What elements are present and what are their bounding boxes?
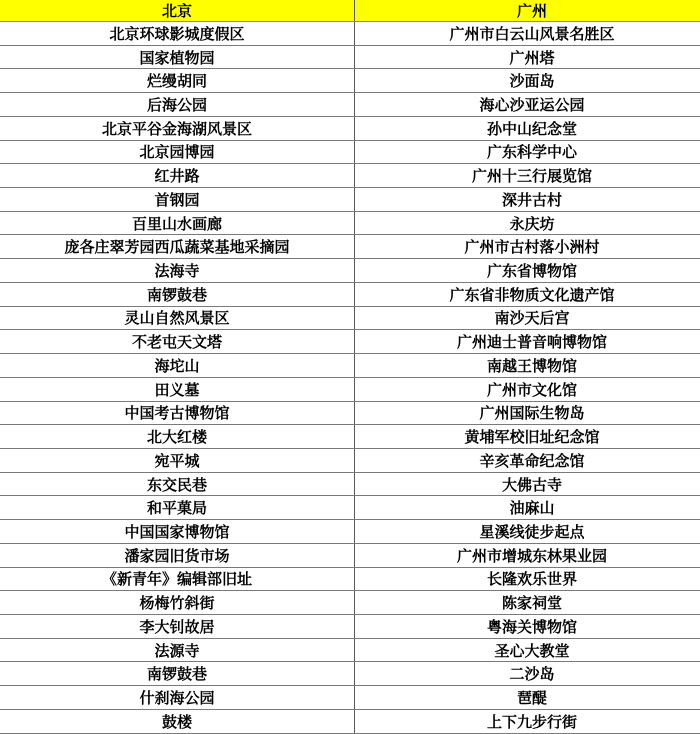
table-cell: 广州市增城东林果业园 <box>355 543 700 567</box>
table-cell: 琶醍 <box>355 686 700 710</box>
table-row: 什刹海公园琶醍 <box>0 686 700 710</box>
table-cell: 李大钊故居 <box>0 614 355 638</box>
table-row: 李大钊故居粤海关博物馆 <box>0 614 700 638</box>
table-cell: 庞各庄翠芳园西瓜蔬菜基地采摘园 <box>0 235 355 259</box>
header-row: 北京 广州 <box>0 0 700 22</box>
table-cell: 百里山水画廊 <box>0 211 355 235</box>
table-cell: 深井古村 <box>355 188 700 212</box>
table-cell: 海心沙亚运公园 <box>355 93 700 117</box>
table-row: 南锣鼓巷广东省非物质文化遗产馆 <box>0 282 700 306</box>
table-cell: 杨梅竹斜街 <box>0 591 355 615</box>
table-cell: 红井路 <box>0 164 355 188</box>
table-row: 百里山水画廊永庆坊 <box>0 211 700 235</box>
table-cell: 北京平谷金海湖风景区 <box>0 116 355 140</box>
table-cell: 广州市文化馆 <box>355 377 700 401</box>
table-cell: 星溪线徒步起点 <box>355 520 700 544</box>
table-row: 北京环球影城度假区广州市白云山风景名胜区 <box>0 22 700 46</box>
table-cell: 广州市白云山风景名胜区 <box>355 22 700 46</box>
table-row: 灵山自然风景区南沙天后宫 <box>0 306 700 330</box>
table-row: 法源寺圣心大教堂 <box>0 638 700 662</box>
table-row: 庞各庄翠芳园西瓜蔬菜基地采摘园广州市古村落小洲村 <box>0 235 700 259</box>
table-cell: 孙中山纪念堂 <box>355 116 700 140</box>
table-row: 法海寺广东省博物馆 <box>0 259 700 283</box>
table-cell: 二沙岛 <box>355 662 700 686</box>
table-cell: 鼓楼 <box>0 709 355 733</box>
table-row: 首钢园深井古村 <box>0 188 700 212</box>
city-attractions-table: 北京 广州 北京环球影城度假区广州市白云山风景名胜区国家植物园广州塔烂缦胡同沙面… <box>0 0 700 734</box>
table-cell: 广州十三行展览馆 <box>355 164 700 188</box>
table-cell: 南越王博物馆 <box>355 354 700 378</box>
table-cell: 黄埔军校旧址纪念馆 <box>355 425 700 449</box>
table-cell: 广东科学中心 <box>355 140 700 164</box>
table-row: 杨梅竹斜街陈家祠堂 <box>0 591 700 615</box>
table-row: 和平菓局油麻山 <box>0 496 700 520</box>
table-cell: 不老屯天文塔 <box>0 330 355 354</box>
table-row: 《新青年》编辑部旧址长隆欢乐世界 <box>0 567 700 591</box>
table-cell: 潘家园旧货市场 <box>0 543 355 567</box>
table-cell: 辛亥革命纪念馆 <box>355 448 700 472</box>
table-cell: 海坨山 <box>0 354 355 378</box>
table-row: 北大红楼黄埔军校旧址纪念馆 <box>0 425 700 449</box>
table-cell: 北京环球影城度假区 <box>0 22 355 46</box>
table-cell: 长隆欢乐世界 <box>355 567 700 591</box>
table-header: 北京 广州 <box>0 0 700 22</box>
table-cell: 和平菓局 <box>0 496 355 520</box>
table-row: 鼓楼上下九步行街 <box>0 709 700 733</box>
table-cell: 广东省博物馆 <box>355 259 700 283</box>
table-cell: 《新青年》编辑部旧址 <box>0 567 355 591</box>
header-cell-beijing: 北京 <box>0 0 355 22</box>
table-row: 中国国家博物馆星溪线徒步起点 <box>0 520 700 544</box>
table-cell: 广东省非物质文化遗产馆 <box>355 282 700 306</box>
table-cell: 什刹海公园 <box>0 686 355 710</box>
table-cell: 后海公园 <box>0 93 355 117</box>
table-row: 宛平城辛亥革命纪念馆 <box>0 448 700 472</box>
table-cell: 烂缦胡同 <box>0 69 355 93</box>
table-cell: 中国国家博物馆 <box>0 520 355 544</box>
table-cell: 田义墓 <box>0 377 355 401</box>
table-row: 潘家园旧货市场广州市增城东林果业园 <box>0 543 700 567</box>
table-cell: 法源寺 <box>0 638 355 662</box>
table-cell: 油麻山 <box>355 496 700 520</box>
table-cell: 广州市古村落小洲村 <box>355 235 700 259</box>
table-cell: 大佛古寺 <box>355 472 700 496</box>
table-row: 国家植物园广州塔 <box>0 45 700 69</box>
table-row: 红井路广州十三行展览馆 <box>0 164 700 188</box>
table-row: 南锣鼓巷二沙岛 <box>0 662 700 686</box>
table-row: 海坨山南越王博物馆 <box>0 354 700 378</box>
table-cell: 南锣鼓巷 <box>0 662 355 686</box>
table-cell: 灵山自然风景区 <box>0 306 355 330</box>
table-row: 北京园博园广东科学中心 <box>0 140 700 164</box>
table-row: 田义墓广州市文化馆 <box>0 377 700 401</box>
table-cell: 圣心大教堂 <box>355 638 700 662</box>
table-cell: 国家植物园 <box>0 45 355 69</box>
table-row: 后海公园海心沙亚运公园 <box>0 93 700 117</box>
table-row: 东交民巷大佛古寺 <box>0 472 700 496</box>
table-row: 中国考古博物馆广州国际生物岛 <box>0 401 700 425</box>
table-cell: 陈家祠堂 <box>355 591 700 615</box>
table-row: 不老屯天文塔广州迪士普音响博物馆 <box>0 330 700 354</box>
table-cell: 粤海关博物馆 <box>355 614 700 638</box>
table-cell: 东交民巷 <box>0 472 355 496</box>
table-cell: 中国考古博物馆 <box>0 401 355 425</box>
table-row: 北京平谷金海湖风景区孙中山纪念堂 <box>0 116 700 140</box>
table-cell: 沙面岛 <box>355 69 700 93</box>
table-cell: 广州迪士普音响博物馆 <box>355 330 700 354</box>
table-cell: 北大红楼 <box>0 425 355 449</box>
table-cell: 上下九步行街 <box>355 709 700 733</box>
table-cell: 首钢园 <box>0 188 355 212</box>
table-row: 烂缦胡同沙面岛 <box>0 69 700 93</box>
table-cell: 北京园博园 <box>0 140 355 164</box>
table-cell: 永庆坊 <box>355 211 700 235</box>
table-cell: 宛平城 <box>0 448 355 472</box>
table-body: 北京环球影城度假区广州市白云山风景名胜区国家植物园广州塔烂缦胡同沙面岛后海公园海… <box>0 22 700 734</box>
table-cell: 南锣鼓巷 <box>0 282 355 306</box>
table-cell: 广州国际生物岛 <box>355 401 700 425</box>
header-cell-guangzhou: 广州 <box>355 0 700 22</box>
table-cell: 广州塔 <box>355 45 700 69</box>
table-cell: 南沙天后宫 <box>355 306 700 330</box>
table-cell: 法海寺 <box>0 259 355 283</box>
